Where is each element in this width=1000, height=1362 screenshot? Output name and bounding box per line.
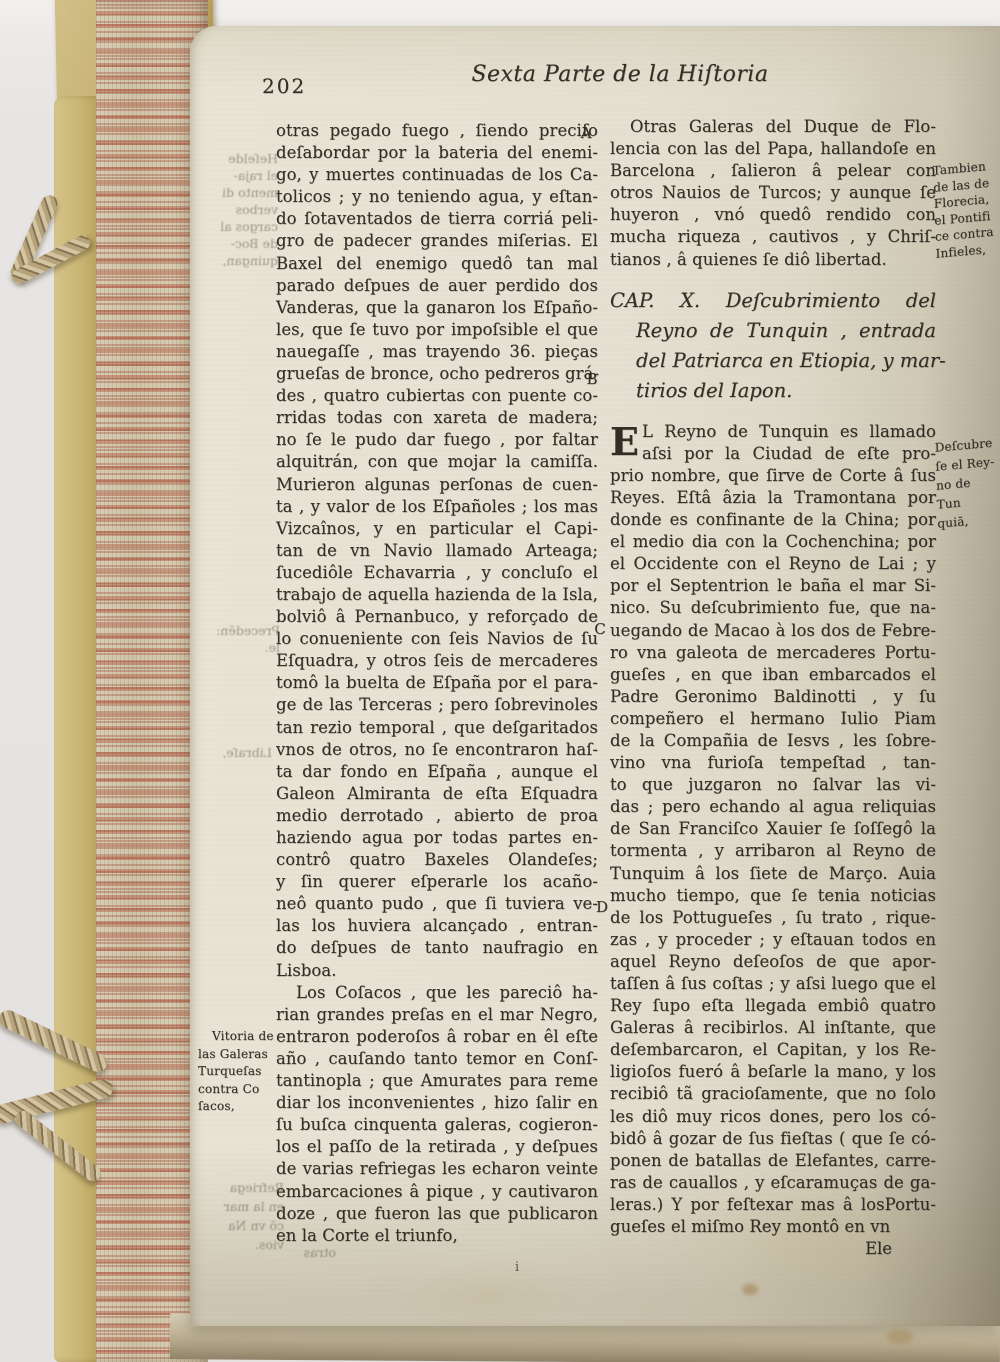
text-line: Vizcaînos, y en particular el Capi- (276, 518, 598, 540)
text-line: otras (284, 1244, 336, 1261)
text-line: gueſes , en que iban embarcados el (610, 664, 936, 686)
text-line: ge de las Terceras ; pero ſobrevinoles (276, 694, 598, 716)
text-line: Lisboa. (276, 960, 598, 982)
text-line: ſu buſca cinquenta galeras, cogieron- (276, 1114, 598, 1136)
text-line: Vitoria de (198, 1028, 280, 1046)
text-line: Otras Galeras del Duque de Flo- (610, 116, 936, 138)
text-line: tianos , â quienes ſe diô libertad. (610, 249, 936, 271)
drop-cap: E (610, 422, 639, 462)
text-line: tormenta , y arribaron al Reyno de (610, 840, 936, 862)
text-line: Rey ſupo eſta llegada embiô quatro (610, 995, 936, 1017)
text-line: Padre Geronimo Baldinotti , y ſu (610, 686, 936, 708)
text-line: bolviô â Pernanbuco, y reforçado de (276, 606, 598, 628)
text-line: Barcelona , ſalieron â pelear con (610, 160, 936, 182)
text-line: Reyes. Eſtâ âzia la Tramontana por (610, 487, 936, 509)
text-line: no ſe le pudo dar fuego , por faltar (276, 429, 598, 451)
text-line: Eſquadra, y otros ſeis de mercaderes (276, 650, 598, 672)
text-line: el medio dia con la Cochenchina; por (610, 531, 936, 553)
gutter-letter-d: D (592, 898, 612, 916)
text-line: leras.) Y por feſtexar mas â losPortu- (610, 1194, 936, 1216)
text-line: y ſin querer eſperarle los acaño- (276, 871, 598, 893)
text-line: rridas todas con xareta de madera; (276, 407, 598, 429)
text-line: deſembarcaron, el Capitan, y los Re- (610, 1039, 936, 1061)
text-line: recibiô tã gracioſamente, que no ſolo (610, 1083, 936, 1105)
text-line: bidô â gozar de ſus fieſtas ( que ſe có- (610, 1128, 936, 1150)
text-line: ſacos, (198, 1098, 280, 1116)
text-line: ſucediôle Echavarria , y concluſo el (276, 562, 598, 584)
text-line: el Occidente con el Reyno de Lai ; y (610, 553, 936, 575)
text-line: Tunquim â los ſiete de Março. Auia (610, 863, 936, 885)
text-line: lo conueniente con ſeis Navios de ſu (276, 628, 598, 650)
text-line: doze , que fueron las que publicaron (276, 1203, 598, 1225)
text-line: les, que ſe tuvo por impoſsible el que (276, 319, 598, 341)
text-line: otras pegado fuego , ſiendo preciſo (276, 120, 598, 142)
foxing-spot (887, 1330, 913, 1344)
text-line: des , quatro cubiertas con puente co- (276, 385, 598, 407)
gutter-letter-a: A (576, 124, 596, 142)
text-line: Murieron algunas perſonas de cuen- (276, 474, 598, 496)
book-photo: 202 Sexta Parte de la Hiſtoria otras peg… (0, 0, 1000, 1362)
chapter-heading: CAP. X. Deſcubrimiento delReyno de Tunqu… (610, 286, 936, 406)
text-line: año , cauſando tanto temor en Conſ- (276, 1048, 598, 1070)
text-line: ligioſos fueró â beſarle la mano, y los (610, 1061, 936, 1083)
text-line: de Boc- (200, 235, 278, 252)
text-line: alquitrán, con que mojar la camiſſa. (276, 451, 598, 473)
text-line: ta , y valor de los Eſpañoles ; los mas (276, 496, 598, 518)
text-line: ras de cauallos , y eſcaramuças de ga- (610, 1172, 936, 1194)
text-line: de los Pottugueſes , ſu trato , rique- (610, 907, 936, 929)
running-title: Sexta Parte de la Hiſtoria (440, 62, 800, 87)
text-line: Los Coſacos , que les pareciô ha- (276, 982, 598, 1004)
text-line: ponen de batallas de Elefantes, carre- (610, 1150, 936, 1172)
text-line: taſſen â ſus coſtas ; y aſsi luego que e… (610, 973, 936, 995)
text-line: los el paſſo de la retirada , y deſpues (276, 1136, 598, 1158)
text-line: vios. (196, 1235, 284, 1254)
text-line: tan rezio temporal , que deſgaritados (276, 717, 598, 739)
text-line: gueſes el miſmo Rey montô en vn (610, 1216, 936, 1238)
text-line: vnos de otros, no ſe encontraron haſ- (276, 739, 598, 761)
text-line: le. (210, 639, 280, 656)
text-line: cargos al (200, 218, 278, 235)
text-line: las los huviera alcançado , entran- (276, 915, 598, 937)
text-line: de la Compañia de Iesvs , les ſobre- (610, 730, 936, 752)
text-line: prio nombre, que ſirve de Corte â ſus (610, 465, 936, 487)
text-line: embarcaciones â pique , y cautivaron (276, 1181, 598, 1203)
text-line: gro de padecer grandes miſerias. El (276, 230, 598, 252)
page-number: 202 (262, 74, 306, 98)
text-line: del Patriarca en Etiopia, y mar- (610, 346, 936, 376)
text-line: les diô muy ricos dones, pero los có- (610, 1106, 936, 1128)
gutter-letter-b: B (582, 370, 602, 388)
text-line: Vanderas, que la ganaron los Eſpaño- (276, 297, 598, 319)
text-line: zas , y proceder ; y eſtauan todos en (610, 929, 936, 951)
text-line: de varias refriegas les echaron veinte (276, 1158, 598, 1180)
text-line: grueſas de bronce, ocho pedreros grá- (276, 363, 598, 385)
text-line: Galeon Almiranta de eſta Eſquadra (276, 783, 598, 805)
gutter-letter-c: C (590, 620, 610, 638)
text-line: no de Tun (936, 471, 999, 514)
signature-mark: i (515, 1260, 519, 1275)
text-line: otros Nauios de Turcos; y aunque ſe (610, 182, 936, 204)
text-line: nauegaſſe , mas trayendo 36. pieças (276, 341, 598, 363)
text-line: tolicos ; y no teniendo agua, y eſtan- (276, 186, 598, 208)
margin-note-left-bottom: Vitoria delas GalerasTurqueſascontra Coſ… (198, 1028, 280, 1116)
margin-note-right-top: Tambiende las deFlorecia,el Pontifice co… (932, 157, 999, 262)
text-line: aſsi por la Ciudad de eſte pro- (610, 443, 936, 465)
text-line: das ; pero echando al agua reliquias (610, 796, 936, 818)
text-line: nico. Su deſcubrimiento fue, que na- (610, 597, 936, 619)
text-line: tirios del Iapon. (610, 376, 936, 406)
text-line: parado deſpues de auer perdido dos (276, 275, 598, 297)
text-line: lencia con las del Papa, hallandoſe en (610, 138, 936, 160)
text-line: mucho tiempo, que ſe tenia noticias (610, 885, 936, 907)
text-line: cō vn Na (196, 1216, 284, 1235)
text-line: donde es confinante de la China; por (610, 509, 936, 531)
text-line: de San Franciſco Xauier ſe ſoſſegô la (610, 818, 936, 840)
show-through-ghost: otras (284, 1244, 336, 1261)
text-line: Heſelde (200, 150, 278, 167)
text-line: tan de vn Navio llamado Arteaga; (276, 540, 598, 562)
text-line: do deſpues de tanto naufragio en (276, 937, 598, 959)
text-line: medio derrotado , abierto de proa (276, 805, 598, 827)
text-line: verbos (200, 201, 278, 218)
foxing-spot (742, 1284, 758, 1295)
show-through-ghost: Precedēn:le. (210, 622, 280, 656)
catchword: Ele (610, 1238, 936, 1260)
text-line: trabajo de aquella hazienda de la Isla, (276, 584, 598, 606)
text-line: compeñero el hermano Iulio Piam (610, 708, 936, 730)
text-line: contrô quatro Baxeles Olandeſes; (276, 849, 598, 871)
text-line: go, y muertes continuadas de los Ca- (276, 164, 598, 186)
text-line: haziendo agua por todas partes en- (276, 827, 598, 849)
text-line: entraron poderoſos â robar en êl eſte (276, 1026, 598, 1048)
text-line: Refriega (196, 1178, 284, 1197)
text-line: rian grandes preſas en el mar Negro, (276, 1004, 598, 1026)
text-line: las Galeras (198, 1046, 280, 1064)
text-line: en la mar (196, 1197, 284, 1216)
text-line: do ſotaventados de tierra corriá peli- (276, 208, 598, 230)
text-line: Libraſe, (206, 744, 272, 761)
text-line: Baxel del enemigo quedô tan mal (276, 253, 598, 275)
text-line: mucha riqueza , cautivos , y Chriſ- (610, 226, 936, 248)
text-line: contra Co (198, 1081, 280, 1099)
text-line: deſabordar por la bateria del enemi- (276, 142, 598, 164)
right-text-column: Otras Galeras del Duque de Flo-lencia co… (610, 116, 936, 1260)
text-line: diar los inconvenientes , hizo ſalir en (276, 1092, 598, 1114)
text-line: neô quanto pudo , que ſi tuviera ve- (276, 893, 598, 915)
text-line: CAP. X. Deſcubrimiento del (610, 286, 936, 316)
text-line: huyeron , vnó quedô rendido con (610, 204, 936, 226)
margin-note-right-mid: Deſcubreſe el Rey-no de Tunquiā, (934, 433, 999, 533)
text-line: to que juzgaron no ſalvar las vi- (610, 774, 936, 796)
show-through-ghost: Refriegaen la marcō vn Navios. (196, 1178, 284, 1254)
text-line: tantinopla ; que Amurates para reme (276, 1070, 598, 1092)
show-through-ghost: Libraſe, (206, 744, 272, 761)
text-line: L Reyno de Tunquin es llamado (610, 421, 936, 443)
text-line: Turqueſas (198, 1063, 280, 1081)
text-line: vino vna furioſa tempeſtad , tan- (610, 752, 936, 774)
text-line: ro vna galeota de mercaderes Portu- (610, 642, 936, 664)
text-line: mento di (200, 184, 278, 201)
text-line: ta dar fondo en Eſpaña , aunque el (276, 761, 598, 783)
show-through-ghost: Heſeldeel raja-mento diverboscargos alde… (200, 150, 278, 269)
text-line: el raja- (200, 167, 278, 184)
text-line: por el Septentrion le baña el mar Si- (610, 575, 936, 597)
right-column-intro: Otras Galeras del Duque de Flo-lencia co… (610, 116, 936, 271)
text-line: quingan, (200, 252, 278, 269)
text-line: Galeras â recibirlos. Al inſtante, que (610, 1017, 936, 1039)
text-line: Reyno de Tunquin , entrada (610, 316, 936, 346)
text-line: aquel Reyno deſeoſos de que apor- (610, 951, 936, 973)
text-line: uegando de Macao à los dos de Febre- (610, 620, 936, 642)
text-line: Precedēn: (210, 622, 280, 639)
text-line: tomô la buelta de Eſpaña por el para- (276, 672, 598, 694)
chapter-body: E L Reyno de Tunquin es llamadoaſsi por … (610, 421, 936, 1238)
left-text-column: otras pegado fuego , ſiendo preciſodeſab… (276, 120, 598, 1247)
